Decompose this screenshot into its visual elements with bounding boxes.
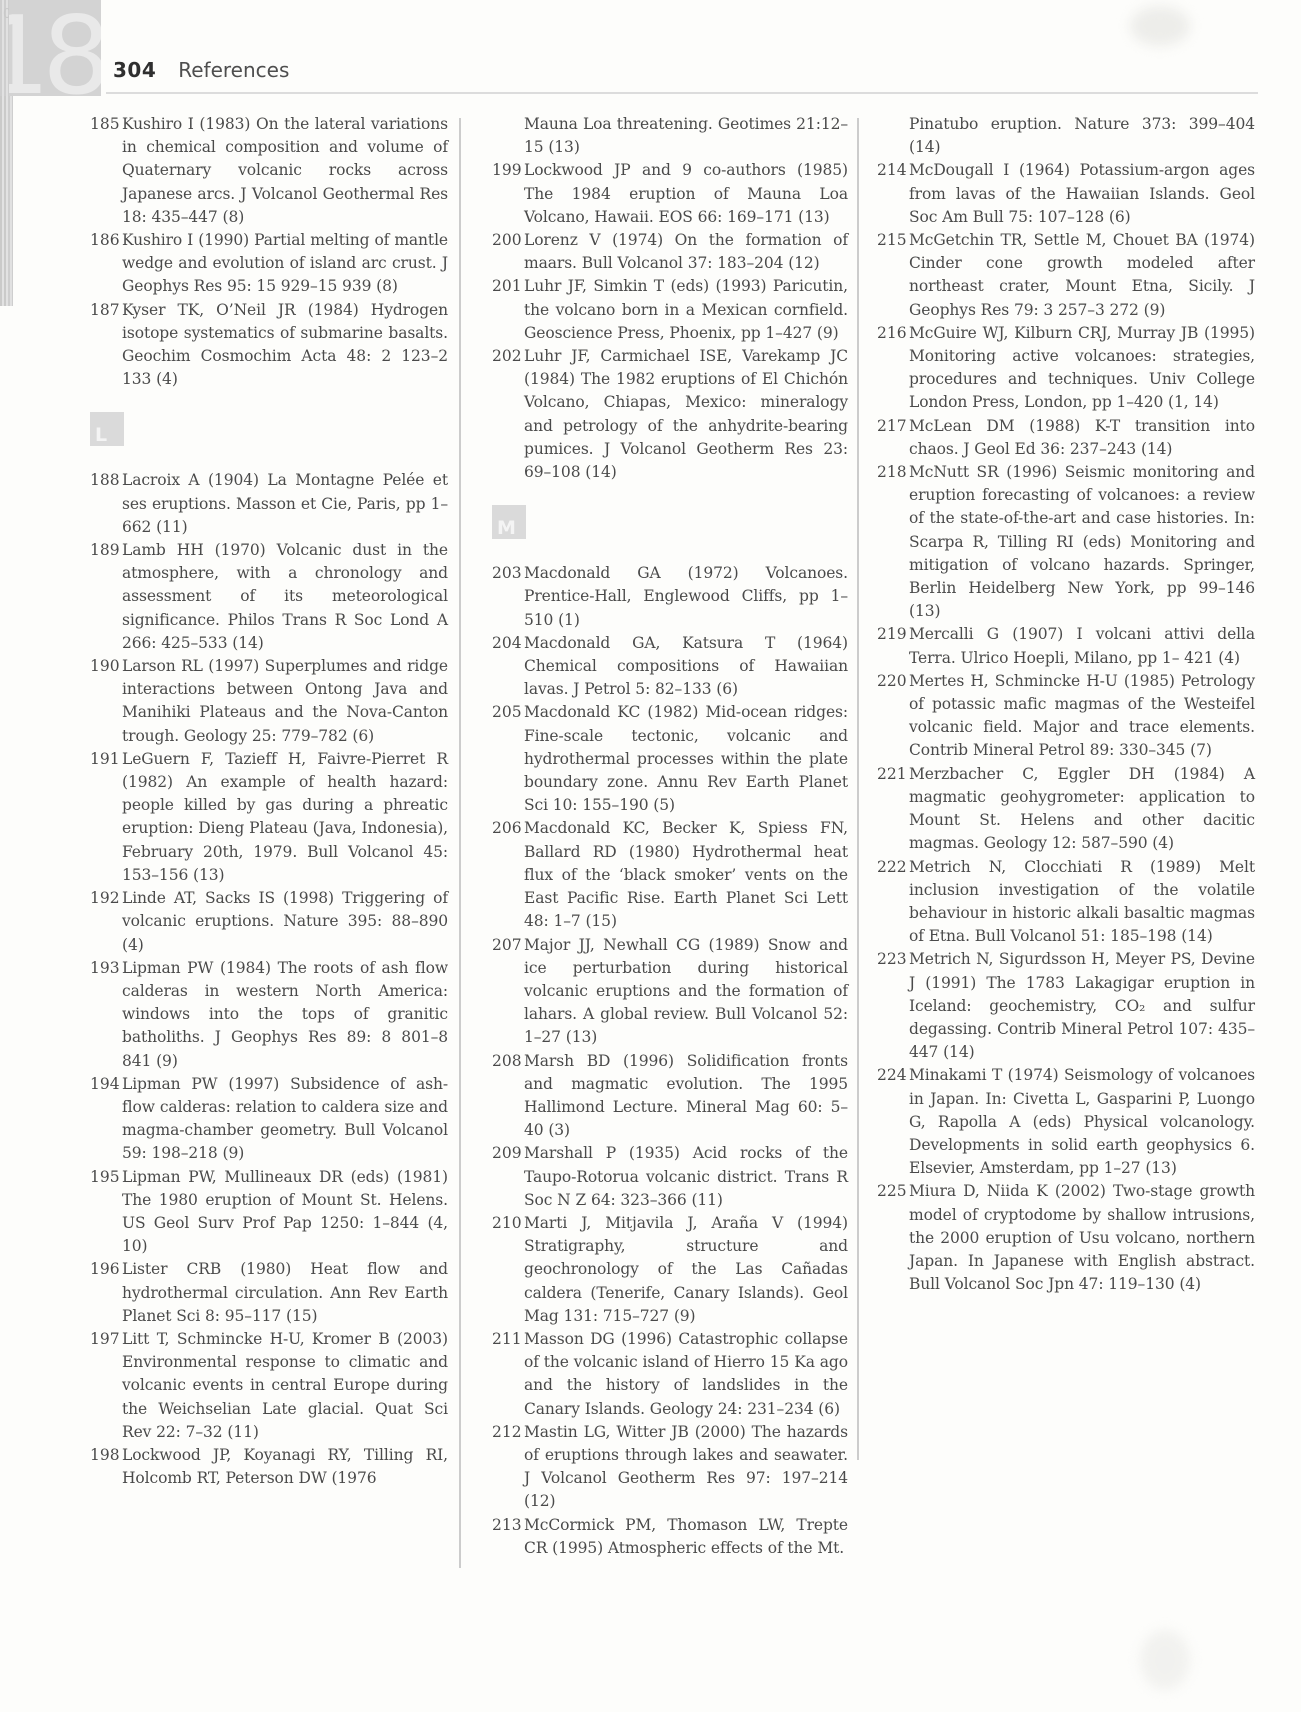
reference-entry-224: 224Minakami T (1974) Seismology of volca…	[877, 1064, 1255, 1180]
reference-entry-205: 205Macdonald KC (1982) Mid-ocean ridges:…	[492, 701, 848, 817]
reference-entry-212: 212Mastin LG, Witter JB (2000) The hazar…	[492, 1421, 848, 1514]
reference-entry-194: 194Lipman PW (1997) Subsidence of ash-fl…	[90, 1073, 448, 1166]
reference-text: Macdonald KC, Becker K, Spiess FN, Balla…	[524, 817, 848, 933]
reference-entry-216: 216McGuire WJ, Kilburn CRJ, Murray JB (1…	[877, 322, 1255, 415]
reference-entry-202: 202Luhr JF, Carmichael ISE, Varekamp JC …	[492, 345, 848, 484]
reference-text: Mastin LG, Witter JB (2000) The hazards …	[524, 1421, 848, 1514]
reference-number: 207	[492, 934, 519, 1050]
reference-text: Pinatubo eruption. Nature 373: 399–404 (…	[909, 113, 1255, 159]
reference-entry-207: 207Major JJ, Newhall CG (1989) Snow and …	[492, 934, 848, 1050]
section-marker-letter: M	[497, 519, 516, 538]
section-marker-M: M	[492, 505, 526, 539]
reference-text: Larson RL (1997) Superplumes and ridge i…	[122, 655, 448, 748]
reference-entry-219: 219Mercalli G (1907) I volcani attivi de…	[877, 623, 1255, 669]
reference-number: 197	[90, 1328, 117, 1444]
reference-entry-188: 188Lacroix A (1904) La Montagne Pelée et…	[90, 469, 448, 539]
page-header: 304 References	[113, 58, 289, 82]
reference-entry-195: 195Lipman PW, Mullineaux DR (eds) (1981)…	[90, 1166, 448, 1259]
reference-entry-200: 200Lorenz V (1974) On the formation of m…	[492, 229, 848, 275]
reference-text: Kushiro I (1983) On the lateral variatio…	[122, 113, 448, 229]
reference-entry-208: 208Marsh BD (1996) Solidification fronts…	[492, 1050, 848, 1143]
reference-entry-203: 203Macdonald GA (1972) Volcanoes. Prenti…	[492, 562, 848, 632]
reference-text: Lockwood JP, Koyanagi RY, Tilling RI, Ho…	[122, 1444, 448, 1490]
reference-text: Metrich N, Sigurdsson H, Meyer PS, Devin…	[909, 948, 1255, 1064]
reference-continuation: Pinatubo eruption. Nature 373: 399–404 (…	[877, 113, 1255, 159]
reference-text: Lipman PW (1984) The roots of ash flow c…	[122, 957, 448, 1073]
reference-entry-223: 223Metrich N, Sigurdsson H, Meyer PS, De…	[877, 948, 1255, 1064]
reference-number: 209	[492, 1142, 519, 1212]
reference-text: Lacroix A (1904) La Montagne Pelée et se…	[122, 469, 448, 539]
reference-number	[492, 113, 519, 159]
reference-number: 185	[90, 113, 117, 229]
reference-text: Mauna Loa threatening. Geotimes 21:12–15…	[524, 113, 848, 159]
reference-number: 205	[492, 701, 519, 817]
reference-text: Kushiro I (1990) Partial melting of mant…	[122, 229, 448, 299]
header-rule	[106, 92, 1258, 94]
reference-entry-209: 209Marshall P (1935) Acid rocks of the T…	[492, 1142, 848, 1212]
reference-entry-193: 193Lipman PW (1984) The roots of ash flo…	[90, 957, 448, 1073]
reference-entry-206: 206Macdonald KC, Becker K, Spiess FN, Ba…	[492, 817, 848, 933]
reference-text: Major JJ, Newhall CG (1989) Snow and ice…	[524, 934, 848, 1050]
reference-entry-213: 213McCormick PM, Thomason LW, Trepte CR …	[492, 1514, 848, 1560]
references-body: 185Kushiro I (1983) On the lateral varia…	[90, 113, 1255, 1560]
reference-entry-204: 204Macdonald GA, Katsura T (1964) Chemic…	[492, 632, 848, 702]
section-marker-L: L	[90, 412, 124, 446]
reference-continuation: Mauna Loa threatening. Geotimes 21:12–15…	[492, 113, 848, 159]
reference-text: Litt T, Schmincke H-U, Kromer B (2003) E…	[122, 1328, 448, 1444]
reference-entry-186: 186Kushiro I (1990) Partial melting of m…	[90, 229, 448, 299]
scan-artifact	[1140, 1630, 1190, 1690]
reference-number: 215	[877, 229, 904, 322]
column-3: Pinatubo eruption. Nature 373: 399–404 (…	[877, 113, 1255, 1560]
reference-text: Lipman PW, Mullineaux DR (eds) (1981) Th…	[122, 1166, 448, 1259]
section-marker-letter: L	[95, 426, 107, 445]
reference-number: 222	[877, 856, 904, 949]
reference-number: 190	[90, 655, 117, 748]
reference-number: 223	[877, 948, 904, 1064]
reference-text: Lamb HH (1970) Volcanic dust in the atmo…	[122, 539, 448, 655]
reference-number: 200	[492, 229, 519, 275]
reference-number: 221	[877, 763, 904, 856]
reference-number: 186	[90, 229, 117, 299]
reference-text: LeGuern F, Tazieff H, Faivre-Pierret R (…	[122, 748, 448, 887]
reference-text: Marsh BD (1996) Solidification fronts an…	[524, 1050, 848, 1143]
reference-entry-192: 192Linde AT, Sacks IS (1998) Triggering …	[90, 887, 448, 957]
reference-text: Miura D, Niida K (2002) Two-stage growth…	[909, 1180, 1255, 1296]
column-2: Mauna Loa threatening. Geotimes 21:12–15…	[492, 113, 848, 1560]
reference-number: 210	[492, 1212, 519, 1328]
reference-text: Masson DG (1996) Catastrophic collapse o…	[524, 1328, 848, 1421]
reference-number: 214	[877, 159, 904, 229]
reference-text: McLean DM (1988) K-T transition into cha…	[909, 415, 1255, 461]
reference-entry-187: 187Kyser TK, O’Neil JR (1984) Hydrogen i…	[90, 299, 448, 392]
reference-number: 195	[90, 1166, 117, 1259]
reference-text: Minakami T (1974) Seismology of volcanoe…	[909, 1064, 1255, 1180]
reference-number: 198	[90, 1444, 117, 1490]
reference-entry-221: 221Merzbacher C, Eggler DH (1984) A magm…	[877, 763, 1255, 856]
page-edge-strip-fade	[0, 96, 8, 306]
reference-number: 193	[90, 957, 117, 1073]
reference-number: 211	[492, 1328, 519, 1421]
reference-number: 220	[877, 670, 904, 763]
reference-entry-196: 196Lister CRB (1980) Heat flow and hydro…	[90, 1258, 448, 1328]
reference-text: Lockwood JP and 9 co-authors (1985) The …	[524, 159, 848, 229]
reference-text: Macdonald KC (1982) Mid-ocean ridges: Fi…	[524, 701, 848, 817]
reference-entry-197: 197Litt T, Schmincke H-U, Kromer B (2003…	[90, 1328, 448, 1444]
reference-entry-218: 218McNutt SR (1996) Seismic monitoring a…	[877, 461, 1255, 623]
reference-number: 204	[492, 632, 519, 702]
reference-number: 189	[90, 539, 117, 655]
reference-number: 199	[492, 159, 519, 229]
reference-entry-225: 225Miura D, Niida K (2002) Two-stage gro…	[877, 1180, 1255, 1296]
reference-text: Lipman PW (1997) Subsidence of ash-flow …	[122, 1073, 448, 1166]
reference-number: 208	[492, 1050, 519, 1143]
reference-number: 202	[492, 345, 519, 484]
reference-entry-190: 190Larson RL (1997) Superplumes and ridg…	[90, 655, 448, 748]
reference-entry-211: 211Masson DG (1996) Catastrophic collaps…	[492, 1328, 848, 1421]
reference-text: Marti J, Mitjavila J, Araña V (1994) Str…	[524, 1212, 848, 1328]
reference-number: 217	[877, 415, 904, 461]
reference-number: 201	[492, 275, 519, 345]
reference-text: Merzbacher C, Eggler DH (1984) A magmati…	[909, 763, 1255, 856]
reference-entry-220: 220Mertes H, Schmincke H-U (1985) Petrol…	[877, 670, 1255, 763]
reference-text: McGuire WJ, Kilburn CRJ, Murray JB (1995…	[909, 322, 1255, 415]
reference-entry-210: 210Marti J, Mitjavila J, Araña V (1994) …	[492, 1212, 848, 1328]
reference-text: Linde AT, Sacks IS (1998) Triggering of …	[122, 887, 448, 957]
reference-number: 225	[877, 1180, 904, 1296]
reference-text: Lister CRB (1980) Heat flow and hydrothe…	[122, 1258, 448, 1328]
reference-number: 219	[877, 623, 904, 669]
reference-text: McGetchin TR, Settle M, Chouet BA (1974)…	[909, 229, 1255, 322]
reference-text: Macdonald GA, Katsura T (1964) Chemical …	[524, 632, 848, 702]
reference-text: McNutt SR (1996) Seismic monitoring and …	[909, 461, 1255, 623]
page-title: References	[178, 58, 289, 82]
reference-entry-198: 198Lockwood JP, Koyanagi RY, Tilling RI,…	[90, 1444, 448, 1490]
reference-number: 191	[90, 748, 117, 887]
reference-text: Mercalli G (1907) I volcani attivi della…	[909, 623, 1255, 669]
chapter-tab: 18	[9, 0, 101, 96]
reference-text: Kyser TK, O’Neil JR (1984) Hydrogen isot…	[122, 299, 448, 392]
reference-entry-215: 215McGetchin TR, Settle M, Chouet BA (19…	[877, 229, 1255, 322]
reference-number: 192	[90, 887, 117, 957]
reference-entry-214: 214McDougall I (1964) Potassium-argon ag…	[877, 159, 1255, 229]
reference-text: McDougall I (1964) Potassium-argon ages …	[909, 159, 1255, 229]
reference-number: 188	[90, 469, 117, 539]
reference-text: Metrich N, Clocchiati R (1989) Melt incl…	[909, 856, 1255, 949]
reference-number: 203	[492, 562, 519, 632]
reference-number: 194	[90, 1073, 117, 1166]
reference-number: 216	[877, 322, 904, 415]
reference-text: Macdonald GA (1972) Volcanoes. Prentice-…	[524, 562, 848, 632]
reference-number: 187	[90, 299, 117, 392]
reference-entry-222: 222Metrich N, Clocchiati R (1989) Melt i…	[877, 856, 1255, 949]
reference-entry-217: 217McLean DM (1988) K-T transition into …	[877, 415, 1255, 461]
reference-entry-185: 185Kushiro I (1983) On the lateral varia…	[90, 113, 448, 229]
reference-entry-191: 191LeGuern F, Tazieff H, Faivre-Pierret …	[90, 748, 448, 887]
reference-number: 196	[90, 1258, 117, 1328]
reference-text: Luhr JF, Carmichael ISE, Varekamp JC (19…	[524, 345, 848, 484]
reference-number: 212	[492, 1421, 519, 1514]
reference-entry-199: 199Lockwood JP and 9 co-authors (1985) T…	[492, 159, 848, 229]
scan-artifact	[1130, 6, 1190, 46]
page-number: 304	[113, 58, 156, 82]
reference-text: Mertes H, Schmincke H-U (1985) Petrology…	[909, 670, 1255, 763]
reference-number: 206	[492, 817, 519, 933]
reference-text: Marshall P (1935) Acid rocks of the Taup…	[524, 1142, 848, 1212]
reference-entry-189: 189Lamb HH (1970) Volcanic dust in the a…	[90, 539, 448, 655]
reference-entry-201: 201Luhr JF, Simkin T (eds) (1993) Paricu…	[492, 275, 848, 345]
reference-number	[877, 113, 904, 159]
reference-number: 213	[492, 1514, 519, 1560]
reference-number: 218	[877, 461, 904, 623]
column-1: 185Kushiro I (1983) On the lateral varia…	[90, 113, 448, 1560]
reference-text: Luhr JF, Simkin T (eds) (1993) Paricutin…	[524, 275, 848, 345]
chapter-number: 18	[9, 13, 101, 96]
reference-number: 224	[877, 1064, 904, 1180]
reference-text: Lorenz V (1974) On the formation of maar…	[524, 229, 848, 275]
reference-text: McCormick PM, Thomason LW, Trepte CR (19…	[524, 1514, 848, 1560]
